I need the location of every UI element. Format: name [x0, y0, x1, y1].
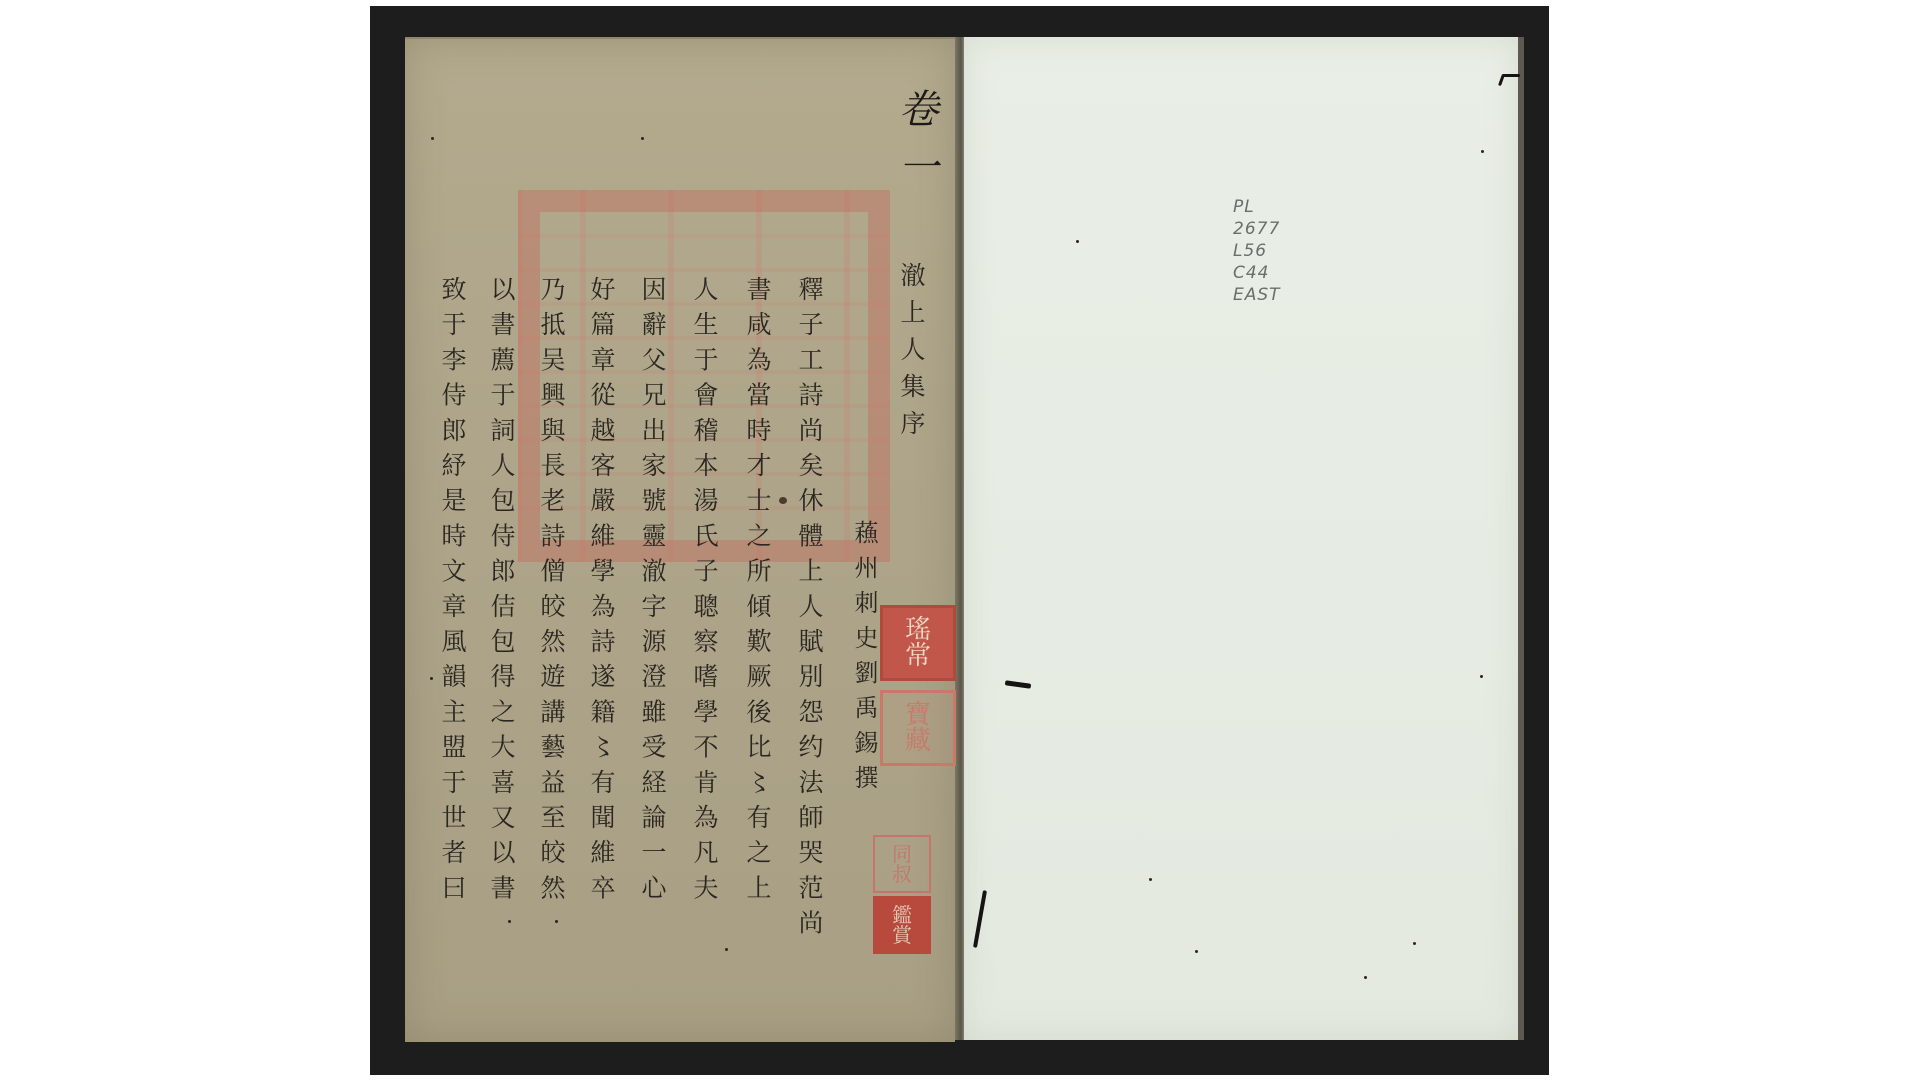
seal-chars: 瑤常: [901, 617, 936, 669]
call-number-line: 2677: [1233, 218, 1313, 240]
speck: [1480, 675, 1483, 678]
text-column-5: 好篇章從越客嚴維學為詩遂籍〻有聞維卒: [589, 276, 614, 910]
volume-label: 卷一: [895, 88, 935, 204]
call-number-line: L56: [1233, 240, 1313, 262]
ink-blot: [779, 497, 787, 504]
text-column-1: 釋子工詩尚矣休體上人賦別怨约法師哭范尚: [797, 276, 822, 945]
speck: [1149, 878, 1152, 881]
speck: [1413, 942, 1416, 945]
seal-chars: 寶藏: [901, 702, 936, 754]
speck: [1364, 976, 1367, 979]
text-column-8: 致于李侍郎紓是時文章風韻主盟于世者曰: [440, 276, 465, 910]
speck: [1195, 950, 1198, 953]
text-column-2: 書咸為當時才士之所傾歎厥後比〻有之上: [745, 276, 770, 910]
library-call-number: PL 2677 L56 C44 EAST: [1233, 196, 1313, 306]
seal-small-outline: 同叔: [873, 835, 931, 893]
seal-chars: 鑑賞: [888, 905, 917, 945]
right-page-edge: [1518, 37, 1524, 1040]
speck: [1076, 240, 1079, 243]
seal-red-filled: 瑤常: [880, 605, 956, 681]
text-column-6: 乃抵吴興與長老詩僧皎然遊講藝益至皎然: [539, 276, 564, 910]
speck: [1481, 150, 1484, 153]
speck: [725, 948, 728, 951]
preface-title: 澈上人集序: [899, 262, 924, 447]
speck: [555, 920, 558, 923]
seal-chars: 同叔: [889, 844, 916, 884]
seal-red-outline: 寶藏: [880, 690, 956, 766]
speck: [641, 137, 644, 140]
seal-small-filled: 鑑賞: [873, 896, 931, 954]
call-number-line: EAST: [1233, 284, 1313, 306]
speck: [508, 920, 511, 923]
text-column-7: 以書薦于詞人包侍郎佶包得之大喜又以書: [489, 276, 514, 910]
right-page: [964, 37, 1518, 1040]
text-column-4: 因辭父兄出家號靈澈字源澄雖受経論一心: [640, 276, 665, 910]
call-number-line: C44: [1233, 262, 1313, 284]
text-column-3: 人生于會稽本湯氏子聰察嗜學不肯為凡夫: [692, 276, 717, 910]
call-number-line: PL: [1233, 196, 1313, 218]
speck: [430, 677, 433, 680]
speck: [431, 137, 434, 140]
author-line: 蘓州刺史劉禹錫撰: [852, 520, 876, 800]
